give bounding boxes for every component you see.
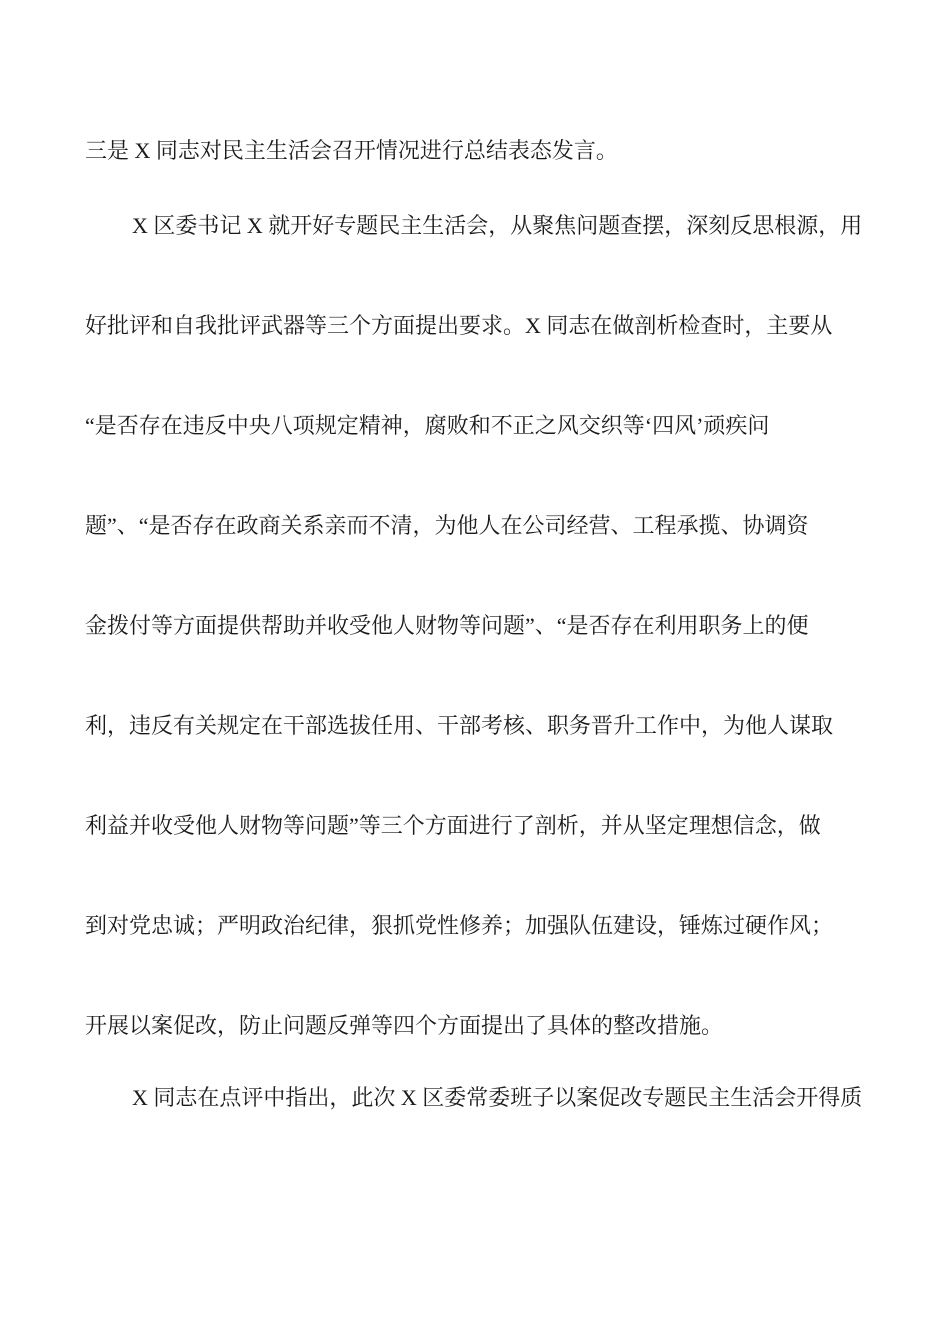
text-line: 三是 X 同志对民主生活会召开情况进行总结表态发言。 [85, 130, 869, 172]
paragraph-2: X 区委书记 X 就开好专题民主生活会，从聚焦问题查摆，深刻反思根源，用好批评和… [85, 176, 869, 1076]
text-line: X 同志在点评中指出，此次 X 区委常委班子以案促改专题民主生活会开得质 [85, 1077, 869, 1119]
document-body: 三是 X 同志对民主生活会召开情况进行总结表态发言。X 区委书记 X 就开好专题… [85, 0, 869, 1119]
text-line: X 区委书记 X 就开好专题民主生活会，从聚焦问题查摆，深刻反思根源，用 [85, 176, 869, 276]
paragraph-3: X 同志在点评中指出，此次 X 区委常委班子以案促改专题民主生活会开得质 [85, 1077, 869, 1119]
text-line: “是否存在违反中央八项规定精神，腐败和不正之风交织等‘四风’顽疾问 [85, 376, 869, 476]
text-line: 利，违反有关规定在干部选拔任用、干部考核、职务晋升工作中，为他人谋取 [85, 676, 869, 776]
text-line: 金拨付等方面提供帮助并收受他人财物等问题”、“是否存在利用职务上的便 [85, 576, 869, 676]
text-line: 题”、“是否存在政商关系亲而不清，为他人在公司经营、工程承揽、协调资 [85, 476, 869, 576]
text-line: 利益并收受他人财物等问题”等三个方面进行了剖析，并从坚定理想信念，做 [85, 776, 869, 876]
text-line: 到对党忠诚；严明政治纪律，狠抓党性修养；加强队伍建设，锤炼过硬作风； [85, 876, 869, 976]
paragraph-1: 三是 X 同志对民主生活会召开情况进行总结表态发言。 [85, 130, 869, 172]
document-page: 三是 X 同志对民主生活会召开情况进行总结表态发言。X 区委书记 X 就开好专题… [0, 0, 950, 1344]
text-line: 好批评和自我批评武器等三个方面提出要求。X 同志在做剖析检查时，主要从 [85, 276, 869, 376]
text-line: 开展以案促改，防止问题反弹等四个方面提出了具体的整改措施。 [85, 976, 869, 1076]
